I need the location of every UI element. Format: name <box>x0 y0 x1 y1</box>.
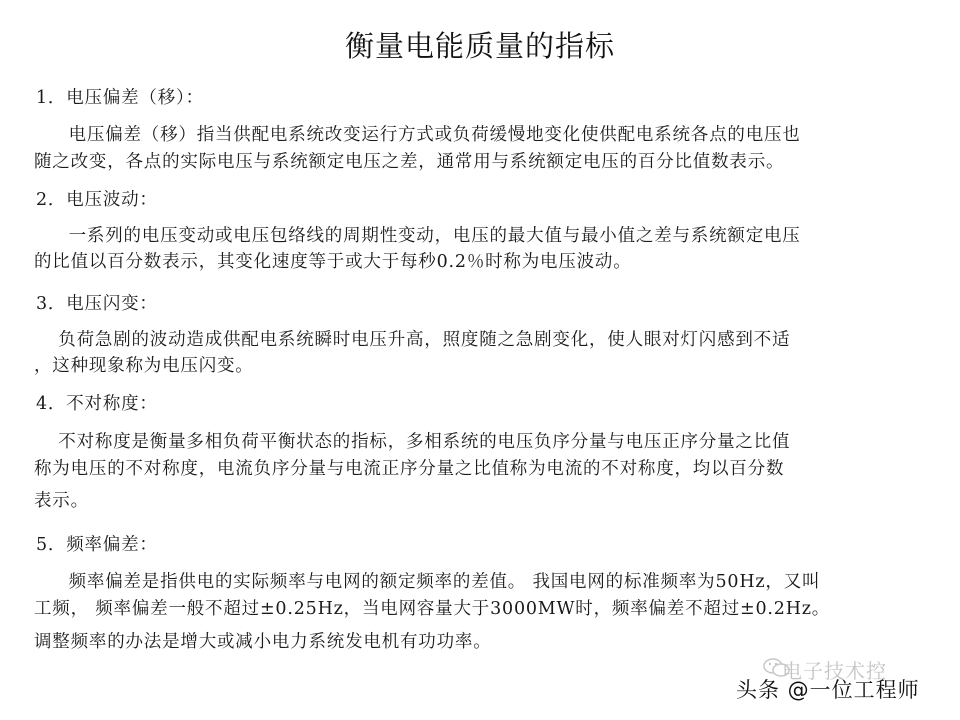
section-4-text: 不对称度是衡量多相负荷平衡状态的指标，多相系统的电压负序分量与电压正序分量之比值 <box>40 428 790 453</box>
section-2-text: 一系列的电压变动或电压包络线的周期性变动，电压的最大值与最小值之差与系统额定电压 <box>32 222 801 247</box>
section-5-heading: 5．频率偏差： <box>36 531 158 556</box>
section-5-text: 频率偏差是指供电的实际频率与电网的额定频率的差值。 我国电网的标准频率为50Hz… <box>32 568 820 593</box>
section-2-heading: 2．电压波动： <box>36 186 158 211</box>
section-2-text: 的比值以百分数表示，其变化速度等于或大于每秒0.2％时称为电压波动。 <box>34 248 632 273</box>
section-3-text: 负荷急剧的波动造成供配电系统瞬时电压升高，照度随之急剧变化，使人眼对灯闪感到不适 <box>40 326 790 351</box>
section-4-text: 表示。 <box>34 487 89 512</box>
section-4-text: 称为电压的不对称度，电流负序分量与电流正序分量之比值称为电流的不对称度，均以百分… <box>34 455 784 480</box>
section-3-text: ，这种现象称为电压闪变。 <box>34 352 254 377</box>
section-1-text: 电压偏差（移）指当供配电系统改变运行方式或负荷缓慢地变化使供配电系统各点的电压也 <box>32 121 801 146</box>
section-5-text: 工频， 频率偏差一般不超过±0.25Hz，当电网容量大于3000MW时，频率偏差… <box>34 595 830 620</box>
section-1-heading: 1．电压偏差（移）： <box>36 84 204 109</box>
section-4-heading: 4．不对称度： <box>36 390 158 415</box>
section-5-text: 调整频率的办法是增大或减小电力系统发电机有功功率。 <box>34 628 492 653</box>
section-3-heading: 3．电压闪变： <box>36 290 158 315</box>
page-title: 衡量电能质量的指标 <box>0 24 960 65</box>
section-1-text: 随之改变，各点的实际电压与系统额定电压之差，通常用与系统额定电压的百分比值数表示… <box>34 148 784 173</box>
watermark-primary: 头条 @一位工程师 <box>736 674 920 704</box>
